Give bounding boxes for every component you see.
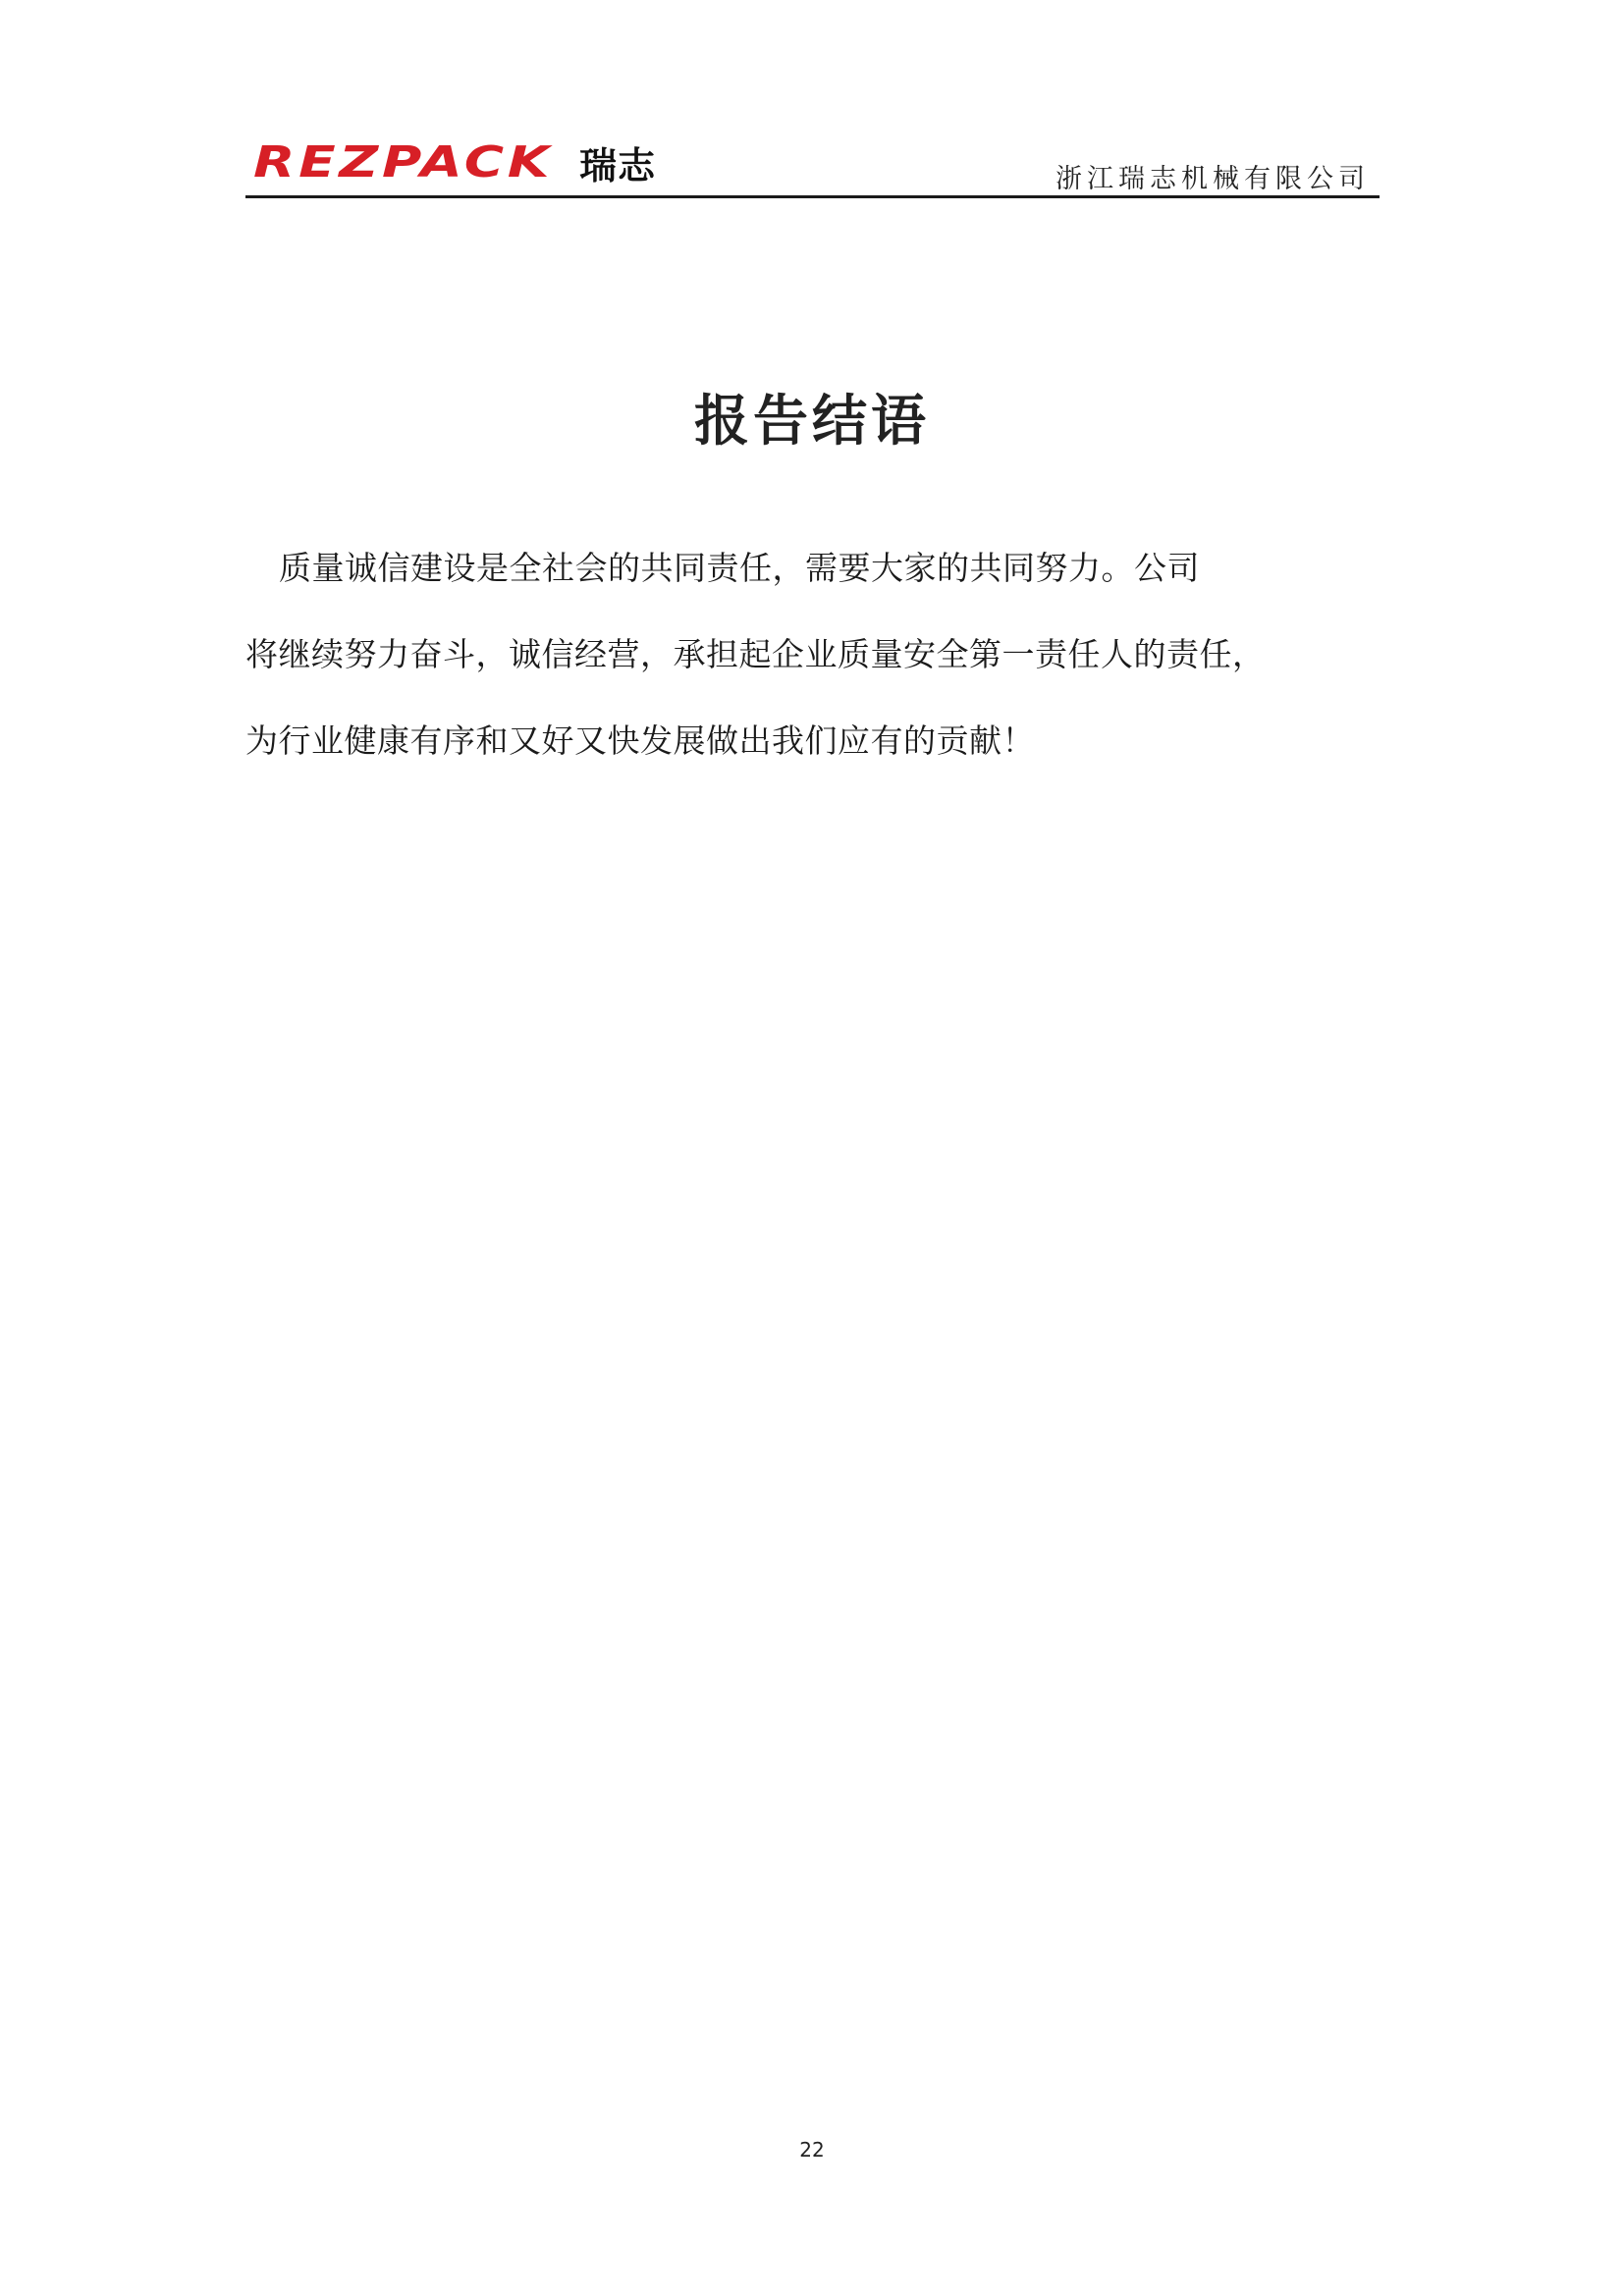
paragraph-line: 为行业健康有序和又好又快发展做出我们应有的贡献！ — [245, 698, 1384, 784]
conclusion-paragraph: 质量诚信建设是全社会的共同责任，需要大家的共同努力。公司 将继续努力奋斗，诚信经… — [245, 525, 1384, 784]
page-header: REZPACK 瑞志 浙江瑞志机械有限公司 — [245, 128, 1380, 198]
paragraph-line: 质量诚信建设是全社会的共同责任，需要大家的共同努力。公司 — [245, 525, 1384, 612]
paragraph-line: 将继续努力奋斗，诚信经营，承担起企业质量安全第一责任人的责任， — [245, 612, 1384, 698]
header-divider — [245, 195, 1380, 198]
rezpack-logo: REZPACK 瑞志 — [253, 137, 656, 187]
logo-text-cn: 瑞志 — [579, 135, 656, 189]
company-name: 浙江瑞志机械有限公司 — [1056, 157, 1370, 195]
page-number: 22 — [0, 2138, 1624, 2162]
section-title: 报告结语 — [0, 378, 1624, 456]
logo-text-en: REZPACK — [253, 137, 553, 187]
